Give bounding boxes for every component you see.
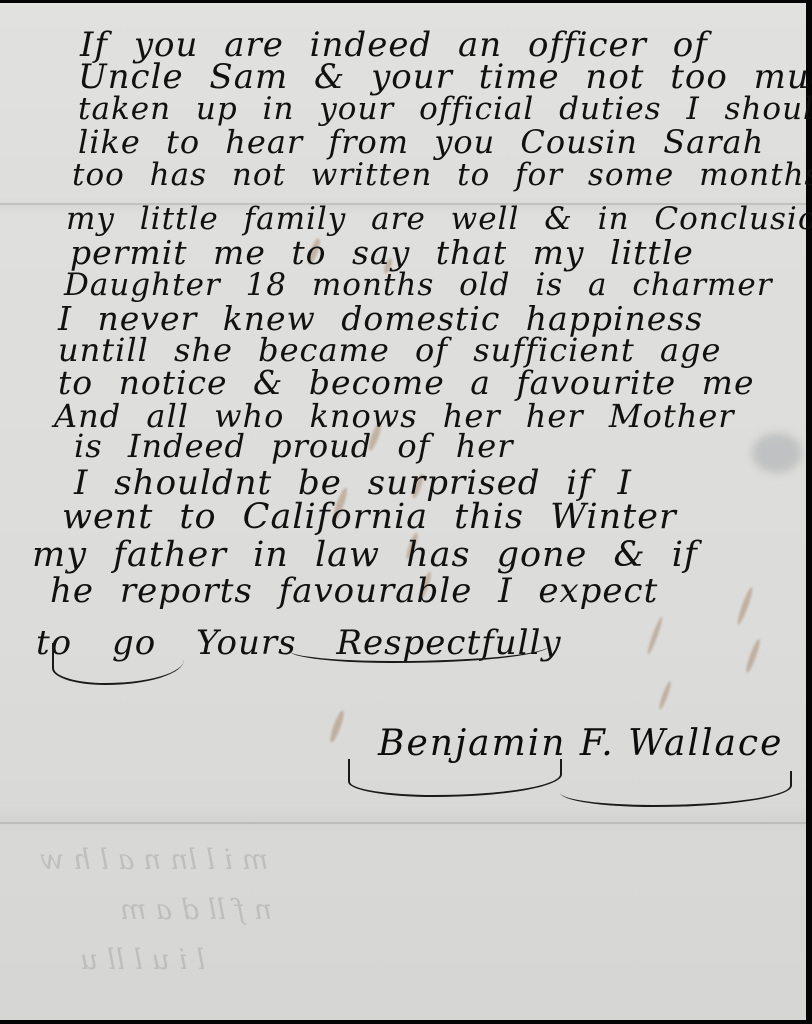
signature-flourish (348, 759, 562, 797)
ink-stain (658, 681, 673, 711)
signature: Benjamin F. Wallace (378, 723, 783, 764)
letter-line: my father in law has gone & if (32, 535, 698, 575)
smudge (752, 433, 802, 473)
letter-line: he reports favourable I expect (50, 571, 658, 611)
letter-line: like to hear from you Cousin Sarah (78, 123, 764, 161)
ink-stain (646, 616, 664, 655)
ink-stain (735, 586, 754, 626)
bleed-through-text: m i l ln n a l h w (40, 843, 268, 876)
letter-line: Daughter 18 months old is a charmer (64, 267, 773, 303)
bleed-through-text: n f ll d a m (120, 893, 272, 926)
paper-fold-line (0, 822, 806, 824)
signature-flourish (560, 771, 792, 807)
letter-line: too has not written to for some months (72, 157, 812, 193)
letter-line: went to California this Winter (62, 497, 677, 537)
letter-line: is Indeed proud of her (74, 427, 514, 465)
ink-stain (328, 709, 346, 743)
bleed-through-text: l i u l ll u (80, 943, 205, 976)
letter-page: m i l ln n a l h w n f ll d a m l i u l … (0, 3, 806, 1020)
letter-line: my little family are well & in Conclusio… (66, 201, 812, 237)
letter-line: taken up in your official duties I shoul… (78, 91, 812, 127)
scan-frame: m i l ln n a l h w n f ll d a m l i u l … (0, 0, 812, 1024)
ink-stain (744, 638, 762, 674)
pen-flourish (52, 643, 184, 685)
